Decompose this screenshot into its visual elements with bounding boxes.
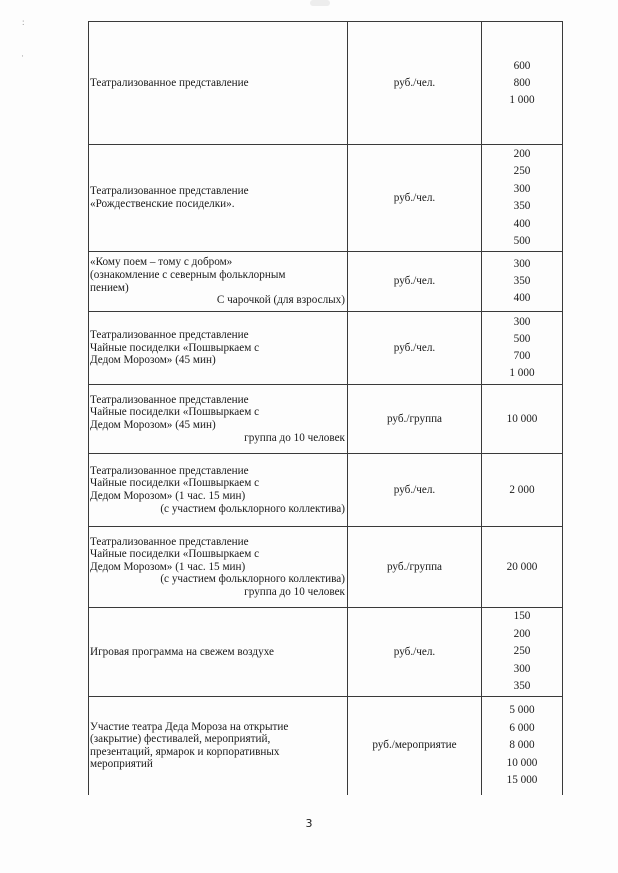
price-value: 10 000 (483, 755, 561, 773)
price-value: 350 (483, 273, 561, 290)
table-row: Театрализованное представлениеЧайные пос… (89, 312, 563, 385)
unit-cell: руб./мероприятие (348, 697, 482, 795)
price-cell: 5 0006 0008 00010 00015 000 (482, 697, 563, 795)
price-value: 400 (483, 290, 561, 307)
service-name-line: (закрытие) фестивалей, мероприятий, (90, 733, 346, 746)
price-value: 1 000 (483, 365, 561, 382)
service-note-line: С чарочкой (для взрослых) (90, 294, 346, 307)
service-name-line: пением) (90, 282, 346, 295)
price-value: 350 (483, 678, 561, 696)
service-name-cell: Театрализованное представление«Рождестве… (89, 145, 348, 252)
unit-cell: руб./чел. (348, 454, 482, 527)
price-value: 800 (483, 75, 561, 92)
service-name-cell: Театрализованное представлениеЧайные пос… (89, 454, 348, 527)
service-name-line: Чайные посиделки «Пошвыркаем с (90, 548, 346, 561)
service-name-line: Чайные посиделки «Пошвыркаем с (90, 406, 346, 419)
price-value: 500 (483, 233, 561, 251)
service-name-line: «Кому поем – тому с добром» (90, 256, 346, 269)
price-cell: 6008001 000 (482, 22, 563, 145)
price-value: 2 000 (483, 484, 561, 497)
table-row: Театрализованное представлениеЧайные пос… (89, 527, 563, 608)
scan-artifact (310, 0, 330, 6)
price-cell: 2 000 (482, 454, 563, 527)
service-name-cell: Театрализованное представление (89, 22, 348, 145)
scan-artifact: · (21, 52, 24, 61)
service-name-line: Дедом Морозом» (1 час. 15 мин) (90, 490, 346, 503)
price-value: 10 000 (483, 413, 561, 426)
service-note-line: группа до 10 человек (90, 586, 346, 599)
service-name-line: мероприятий (90, 758, 346, 771)
price-value: 200 (483, 626, 561, 644)
table-row: Участие театра Деда Мороза на открытие(з… (89, 697, 563, 795)
service-name-line: Театрализованное представление (90, 536, 346, 549)
price-value: 600 (483, 58, 561, 75)
unit-cell: руб./чел. (348, 22, 482, 145)
service-name-cell: Театрализованное представлениеЧайные пос… (89, 312, 348, 385)
service-name-cell: Игровая программа на свежем воздухе (89, 608, 348, 697)
unit-cell: руб./чел. (348, 608, 482, 697)
service-name-line: Театрализованное представление (90, 394, 346, 407)
service-name-line: Участие театра Деда Мороза на открытие (90, 721, 346, 734)
price-value: 500 (483, 331, 561, 348)
service-name-cell: Участие театра Деда Мороза на открытие(з… (89, 697, 348, 795)
price-value: 1 000 (483, 92, 561, 109)
service-name-cell: Театрализованное представлениеЧайные пос… (89, 527, 348, 608)
price-cell: 10 000 (482, 385, 563, 454)
service-name-cell: Театрализованное представлениеЧайные пос… (89, 385, 348, 454)
unit-cell: руб./группа (348, 385, 482, 454)
service-name-line: Чайные посиделки «Пошвыркаем с (90, 477, 346, 490)
price-value: 6 000 (483, 720, 561, 738)
table-row: Театрализованное представление«Рождестве… (89, 145, 563, 252)
table-row: «Кому поем – тому с добром»(ознакомление… (89, 252, 563, 312)
service-note-line: (с участием фольклорного коллектива) (90, 573, 346, 586)
service-name-line: Дедом Морозом» (45 мин) (90, 419, 346, 432)
price-value: 150 (483, 608, 561, 626)
service-name-line: «Рождественские посиделки». (90, 198, 346, 211)
price-value: 300 (483, 181, 561, 199)
scan-artifact: : (22, 18, 25, 27)
service-name-line: презентаций, ярмарок и корпоративных (90, 746, 346, 759)
service-name-line: Игровая программа на свежем воздухе (90, 646, 346, 659)
price-value: 250 (483, 643, 561, 661)
price-value: 15 000 (483, 772, 561, 790)
price-cell: 20 000 (482, 527, 563, 608)
page-number: 3 (0, 817, 618, 830)
price-value: 300 (483, 314, 561, 331)
table-row: Игровая программа на свежем воздухеруб./… (89, 608, 563, 697)
unit-cell: руб./группа (348, 527, 482, 608)
service-name-line: Дедом Морозом» (1 час. 15 мин) (90, 561, 346, 574)
price-value: 300 (483, 256, 561, 273)
price-cell: 200250300350400500 (482, 145, 563, 252)
service-note-line: (с участием фольклорного коллектива) (90, 503, 346, 516)
price-table: Театрализованное представлениеруб./чел.6… (88, 21, 563, 795)
service-name-line: Чайные посиделки «Пошвыркаем с (90, 342, 346, 355)
unit-cell: руб./чел. (348, 145, 482, 252)
document-page: : · Театрализованное представлениеруб./ч… (0, 0, 618, 873)
table-row: Театрализованное представлениеруб./чел.6… (89, 22, 563, 145)
price-cell: 300350400 (482, 252, 563, 312)
price-value: 250 (483, 163, 561, 181)
price-value: 5 000 (483, 702, 561, 720)
price-value: 350 (483, 198, 561, 216)
service-name-line: Театрализованное представление (90, 329, 346, 342)
service-name-line: Театрализованное представление (90, 77, 346, 90)
price-value: 200 (483, 146, 561, 164)
service-name-line: Театрализованное представление (90, 185, 346, 198)
price-value: 8 000 (483, 737, 561, 755)
service-name-line: (ознакомление с северным фольклорным (90, 269, 346, 282)
table-row: Театрализованное представлениеЧайные пос… (89, 385, 563, 454)
price-value: 300 (483, 661, 561, 679)
price-value: 700 (483, 348, 561, 365)
table-row: Театрализованное представлениеЧайные пос… (89, 454, 563, 527)
service-note-line: группа до 10 человек (90, 432, 346, 445)
service-name-line: Театрализованное представление (90, 465, 346, 478)
service-name-line: Дедом Морозом» (45 мин) (90, 354, 346, 367)
unit-cell: руб./чел. (348, 252, 482, 312)
price-value: 20 000 (483, 561, 561, 574)
unit-cell: руб./чел. (348, 312, 482, 385)
price-cell: 150200250300350 (482, 608, 563, 697)
price-cell: 3005007001 000 (482, 312, 563, 385)
service-name-cell: «Кому поем – тому с добром»(ознакомление… (89, 252, 348, 312)
price-value: 400 (483, 216, 561, 234)
